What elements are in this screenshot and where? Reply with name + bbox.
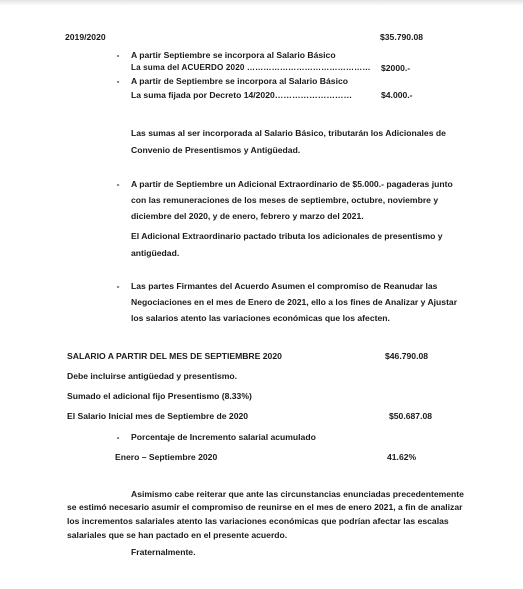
presentismo-note: Sumado el adicional fijo Presentismo (8.… xyxy=(67,390,252,402)
incorporation-line2: La suma fijada por Decreto 14/2020………………… xyxy=(131,89,352,101)
closing-line: se estimó necesario asumir el compromiso… xyxy=(67,501,462,513)
negotiation-text: Las partes Firmantes del Acuerdo Asumen … xyxy=(131,278,457,326)
september-salary-label: SALARIO A PARTIR DEL MES DE SEPTIEMBRE 2… xyxy=(67,350,282,362)
bullet-dash: - xyxy=(115,49,121,61)
initial-salary-label: El Salario Inicial mes de Septiembre de … xyxy=(67,410,248,422)
incorporation-amount: $4.000.- xyxy=(381,89,413,101)
bullet-dash: - xyxy=(115,75,121,87)
extraordinary-text: A partir de Septiembre un Adicional Extr… xyxy=(131,176,453,224)
increment-label: Porcentaje de Incremento salarial acumul… xyxy=(131,431,316,443)
text-line: diciembre del 2020, y de enero, febrero … xyxy=(131,208,453,224)
period-label: 2019/2020 xyxy=(65,31,106,43)
bullet-dash: - xyxy=(115,178,121,190)
closing-line: salariales que se han pactado en el pres… xyxy=(67,529,287,541)
signoff: Fraternalmente. xyxy=(131,546,195,558)
note-line: Convenio de Presentismos y Antigüedad. xyxy=(131,142,446,159)
note-line: Las sumas al ser incorporada al Salario … xyxy=(131,125,446,142)
increment-period-value: 41.62% xyxy=(387,451,416,463)
september-salary-amount: $46.790.08 xyxy=(385,350,428,362)
text-line: los salarios atento las variaciones econ… xyxy=(131,310,457,326)
initial-salary-amount: $50.687.08 xyxy=(389,410,432,422)
note-line: antigüedad. xyxy=(131,245,443,262)
closing-line: los incrementos salariales atento las va… xyxy=(67,515,449,527)
note-line: El Adicional Extraordinario pactado trib… xyxy=(131,228,443,245)
incorporation-amount: $2000.- xyxy=(381,62,410,74)
bullet-dash: - xyxy=(115,280,121,292)
incorporation-line2: La suma del ACUERDO 2020 ……………………………………… xyxy=(131,62,371,74)
text-line: con las remuneraciones de los meses de s… xyxy=(131,192,453,208)
increment-period-label: Enero – Septiembre 2020 xyxy=(115,451,217,463)
incorporation-note: Las sumas al ser incorporada al Salario … xyxy=(131,125,446,158)
closing-line: Asimismo cabe reiterar que ante las circ… xyxy=(131,488,464,500)
period-amount: $35.790.08 xyxy=(380,31,423,43)
include-note: Debe incluirse antigüedad y presentismo. xyxy=(67,370,237,382)
bullet-dash: - xyxy=(115,431,121,443)
text-line: Las partes Firmantes del Acuerdo Asumen … xyxy=(131,278,457,294)
incorporation-line1: A partir Septiembre se incorpora al Sala… xyxy=(131,49,336,61)
incorporation-line1: A partir de Septiembre se incorpora al S… xyxy=(131,75,348,87)
extraordinary-note: El Adicional Extraordinario pactado trib… xyxy=(131,228,443,261)
text-line: A partir de Septiembre un Adicional Extr… xyxy=(131,176,453,192)
page-top-shadow xyxy=(0,0,523,6)
text-line: Negociaciones en el mes de Enero de 2021… xyxy=(131,294,457,310)
